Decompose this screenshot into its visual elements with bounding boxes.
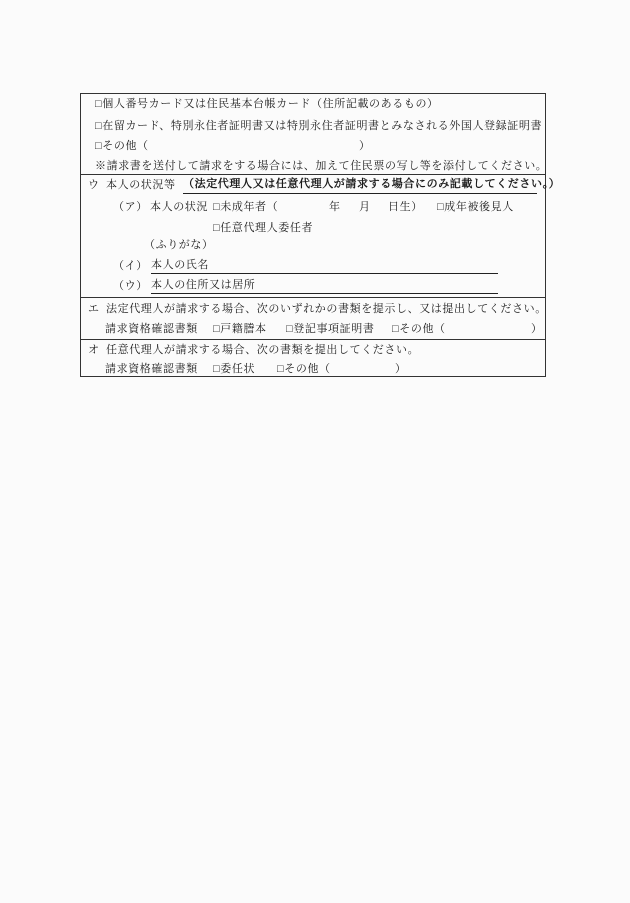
birth-year-label: 年 [329, 200, 341, 214]
row-divider-2 [80, 297, 546, 298]
row-divider-1 [80, 174, 546, 175]
checkbox-power-of-attorney: □委任状 [213, 362, 255, 376]
document-page: □個人番号カード又は住民基本台帳カード（住所記載のあるもの） □在留カード、特別… [0, 0, 630, 903]
section-o-text: 任意代理人が請求する場合、次の書類を提出してください。 [106, 343, 419, 357]
section-o-marker: オ [88, 343, 100, 357]
principal-address-field: 本人の住所又は居所 [151, 278, 498, 294]
checkbox-e-other-open: □その他（ [392, 322, 446, 336]
furigana-label: （ふりがな） [144, 238, 214, 252]
section-o-close-paren: ） [395, 362, 407, 376]
checkbox-family-register: □戸籍謄本 [213, 322, 267, 336]
row-divider-3 [80, 339, 546, 340]
other-close-paren: ） [359, 139, 371, 153]
checkbox-residence-card-line: □在留カード、特別永住者証明書又は特別永住者証明書とみなされる外国人登録証明書 [95, 119, 542, 133]
section-e-marker: エ [88, 302, 100, 316]
item-a-label: （ア） [113, 200, 148, 214]
checkbox-voluntary-delegator: □任意代理人委任者 [213, 221, 313, 235]
checkbox-minor-open: □未成年者（ [213, 200, 278, 214]
section-u-title-note: （法定代理人又は任意代理人が請求する場合にのみ記載してください。） [183, 177, 537, 194]
checkbox-adult-ward: □成年被後見人 [437, 200, 514, 214]
checkbox-other-open: □その他（ [95, 139, 149, 153]
birth-month-label: 月 [359, 200, 371, 214]
item-a-field-label: 本人の状況 [150, 200, 208, 214]
checkbox-o-other-open: □その他（ [277, 362, 331, 376]
birth-day-close: 日生） [388, 200, 423, 214]
mailing-note: ※請求書を送付して請求をする場合には、加えて住民票の写し等を添付してください。 [95, 159, 547, 173]
principal-name-field: 本人の氏名 [151, 258, 498, 274]
section-e-docs-label: 請求資格確認書類 [105, 322, 198, 336]
section-u-marker: ウ [88, 178, 100, 192]
section-o-docs-label: 請求資格確認書類 [105, 362, 198, 376]
section-e-close-paren: ） [531, 322, 543, 336]
item-i-label: （イ） [113, 259, 148, 273]
checkbox-registry-certificate: □登記事項証明書 [286, 322, 374, 336]
item-u-label: （ウ） [113, 279, 148, 293]
checkbox-my-number-card-line: □個人番号カード又は住民基本台帳カード（住所記載のあるもの） [95, 97, 439, 111]
section-u-title: 本人の状況等 [106, 178, 176, 192]
section-e-text: 法定代理人が請求する場合、次のいずれかの書類を提示し、又は提出してください。 [106, 302, 547, 316]
